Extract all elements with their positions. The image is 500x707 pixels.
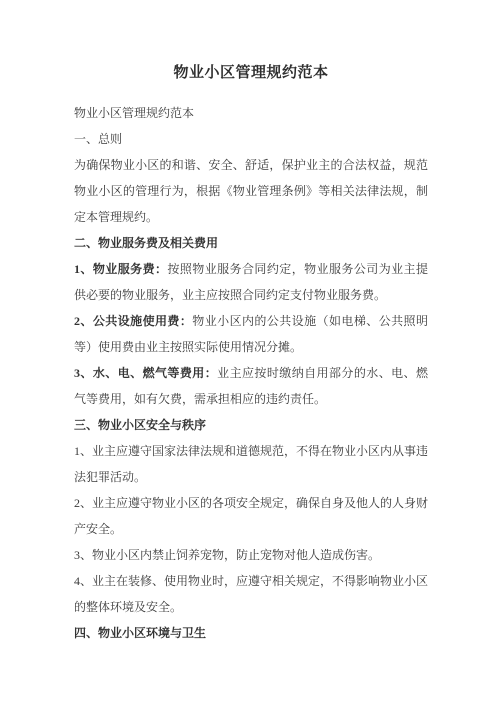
paragraph-label: 1、物业服务费： — [74, 262, 167, 276]
document-body: 物业小区管理规约范本 一、总则 为确保物业小区的和谐、安全、舒适，保护业主的合法… — [74, 100, 428, 646]
paragraph-text: 四、物业小区环境与卫生 — [74, 626, 206, 640]
paragraph: 4、业主在装修、使用物业时，应遵守相关规定，不得影响物业小区的整体环境及安全。 — [74, 568, 428, 620]
paragraph-text: 1、业主应遵守国家法律法规和道德规范，不得在物业小区内从事违法犯罪活动。 — [74, 444, 428, 484]
paragraph: 3、物业小区内禁止饲养宠物，防止宠物对他人造成伤害。 — [74, 542, 428, 568]
paragraph-text: 三、物业小区安全与秩序 — [74, 418, 206, 432]
paragraph: 物业小区管理规约范本 — [74, 100, 428, 126]
paragraph-text: 4、业主在装修、使用物业时，应遵守相关规定，不得影响物业小区的整体环境及安全。 — [74, 574, 428, 614]
paragraph: 四、物业小区环境与卫生 — [74, 620, 428, 646]
paragraph: 3、水、电、燃气等费用：业主应按时缴纳自用部分的水、电、燃气等费用，如有欠费，需… — [74, 360, 428, 412]
paragraph-label: 3、水、电、燃气等费用： — [74, 366, 217, 380]
paragraph: 2、业主应遵守物业小区的各项安全规定，确保自身及他人的人身财产安全。 — [74, 490, 428, 542]
paragraph: 二、物业服务费及相关费用 — [74, 230, 428, 256]
paragraph: 一、总则 — [74, 126, 428, 152]
paragraph: 2、公共设施使用费：物业小区内的公共设施（如电梯、公共照明等）使用费由业主按照实… — [74, 308, 428, 360]
paragraph: 1、物业服务费：按照物业服务合同约定，物业服务公司为业主提供必要的物业服务，业主… — [74, 256, 428, 308]
document-page: 物业小区管理规约范本 物业小区管理规约范本 一、总则 为确保物业小区的和谐、安全… — [0, 0, 500, 707]
paragraph-text: 二、物业服务费及相关费用 — [74, 236, 218, 250]
paragraph-text: 3、物业小区内禁止饲养宠物，防止宠物对他人造成伤害。 — [74, 548, 380, 562]
paragraph: 1、业主应遵守国家法律法规和道德规范，不得在物业小区内从事违法犯罪活动。 — [74, 438, 428, 490]
paragraph: 三、物业小区安全与秩序 — [74, 412, 428, 438]
paragraph-text: 物业小区管理规约范本 — [74, 106, 194, 120]
paragraph-text: 一、总则 — [74, 132, 122, 146]
document-title: 物业小区管理规约范本 — [74, 62, 428, 84]
paragraph-text: 为确保物业小区的和谐、安全、舒适，保护业主的合法权益，规范物业小区的管理行为，根… — [74, 158, 428, 224]
paragraph-label: 2、公共设施使用费： — [74, 314, 192, 328]
paragraph-text: 2、业主应遵守物业小区的各项安全规定，确保自身及他人的人身财产安全。 — [74, 496, 428, 536]
paragraph: 为确保物业小区的和谐、安全、舒适，保护业主的合法权益，规范物业小区的管理行为，根… — [74, 152, 428, 230]
